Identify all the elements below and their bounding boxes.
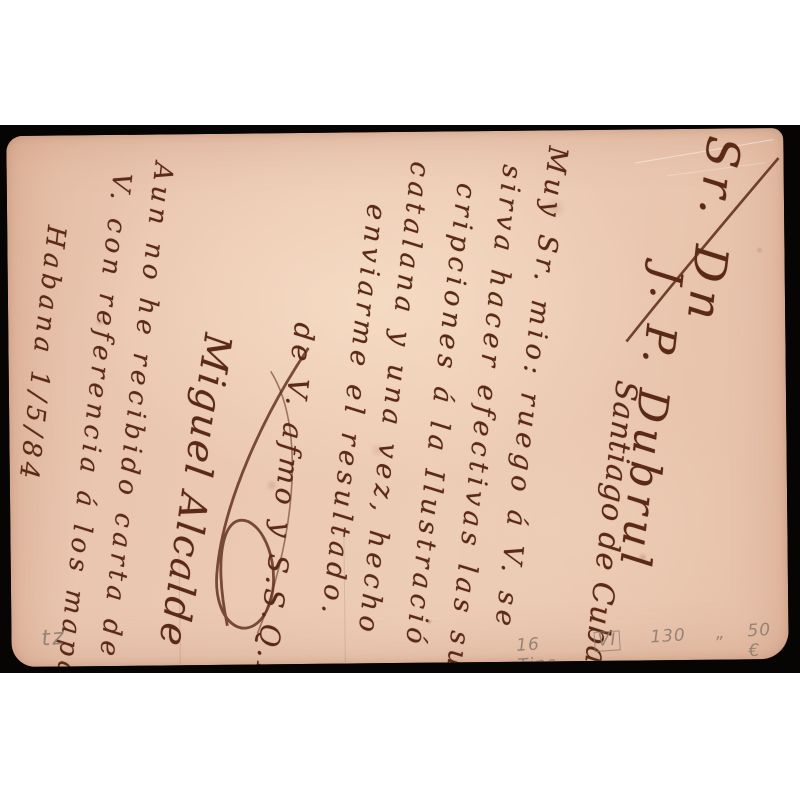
pencil-mark-tz: tz <box>41 625 67 652</box>
catalog-type-text: 16 Tipo <box>516 632 586 667</box>
price-annotation: 50 € <box>747 619 789 661</box>
catalog-tick-mark: „ <box>715 623 726 644</box>
catalog-annotation: 16 Tipo VI 130 „ 50 € <box>516 619 789 667</box>
catalog-number: 130 <box>650 625 687 647</box>
postcard: Sr. Dn J. P. Dubrul Santiago de Cuba Muy… <box>6 128 789 667</box>
signature: Miguel Alcalde <box>150 331 240 651</box>
scan-page: Sr. Dn J. P. Dubrul Santiago de Cuba Muy… <box>0 0 800 800</box>
closing-line: de V. afmo y S.S.Q.B.S.M. <box>237 321 321 667</box>
catalog-numeral-box: VI <box>593 630 621 651</box>
photo-background: Sr. Dn J. P. Dubrul Santiago de Cuba Muy… <box>0 125 800 673</box>
date-line: Habana 1/5/84 <box>12 224 71 485</box>
